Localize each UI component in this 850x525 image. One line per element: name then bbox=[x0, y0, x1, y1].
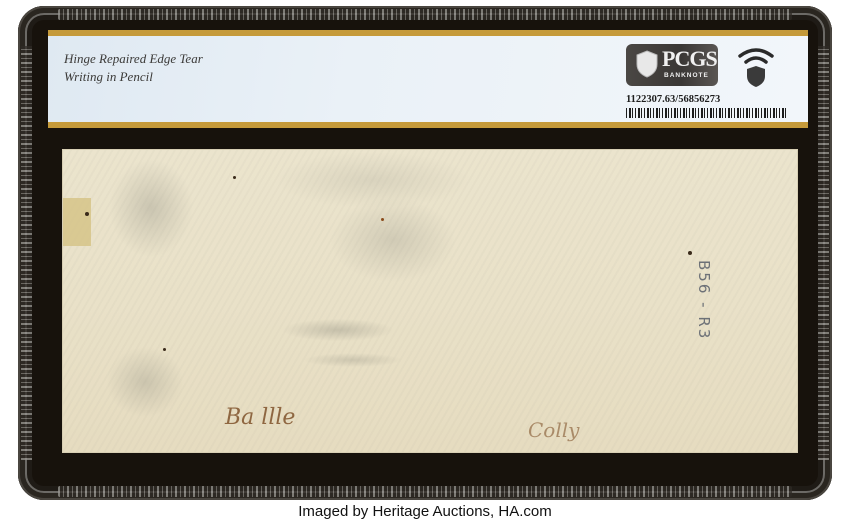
foxing-spot bbox=[381, 218, 384, 221]
ink-spot bbox=[85, 212, 89, 216]
signature-left: Ba llle bbox=[225, 405, 295, 430]
image-credit: Imaged by Heritage Auctions, HA.com bbox=[0, 503, 850, 520]
ink-spot bbox=[688, 251, 692, 255]
hinge-repair bbox=[63, 198, 91, 246]
pcgs-shield-icon bbox=[636, 50, 658, 78]
nfc-shield-icon bbox=[736, 44, 776, 88]
grading-label: Hinge Repaired Edge Tear Writing in Penc… bbox=[48, 30, 808, 128]
label-notes: Hinge Repaired Edge Tear Writing in Penc… bbox=[64, 50, 203, 86]
barcode bbox=[626, 108, 788, 118]
banknote-back: B56 - R3 Ba llle Colly bbox=[63, 150, 797, 452]
pencil-annotation: B56 - R3 bbox=[695, 260, 713, 340]
ink-spot bbox=[233, 176, 236, 179]
holder-frame-left bbox=[21, 46, 32, 460]
label-note-pencil: Writing in Pencil bbox=[64, 68, 203, 86]
label-note-hinge: Hinge Repaired Edge Tear bbox=[64, 50, 203, 68]
holder-frame-right bbox=[818, 46, 829, 460]
holder-frame-top bbox=[58, 9, 792, 20]
holder-frame-bottom bbox=[58, 486, 792, 497]
signature-right: Colly bbox=[528, 418, 579, 442]
cert-number: 1122307.63/56856273 bbox=[626, 94, 720, 105]
pcgs-holder: Hinge Repaired Edge Tear Writing in Penc… bbox=[18, 6, 832, 500]
ink-spot bbox=[163, 348, 166, 351]
pcgs-banknote-logo: PCGS BANKNOTE bbox=[626, 44, 718, 86]
pcgs-wordmark: PCGS bbox=[662, 46, 717, 72]
pcgs-banknote-text: BANKNOTE bbox=[664, 72, 709, 79]
